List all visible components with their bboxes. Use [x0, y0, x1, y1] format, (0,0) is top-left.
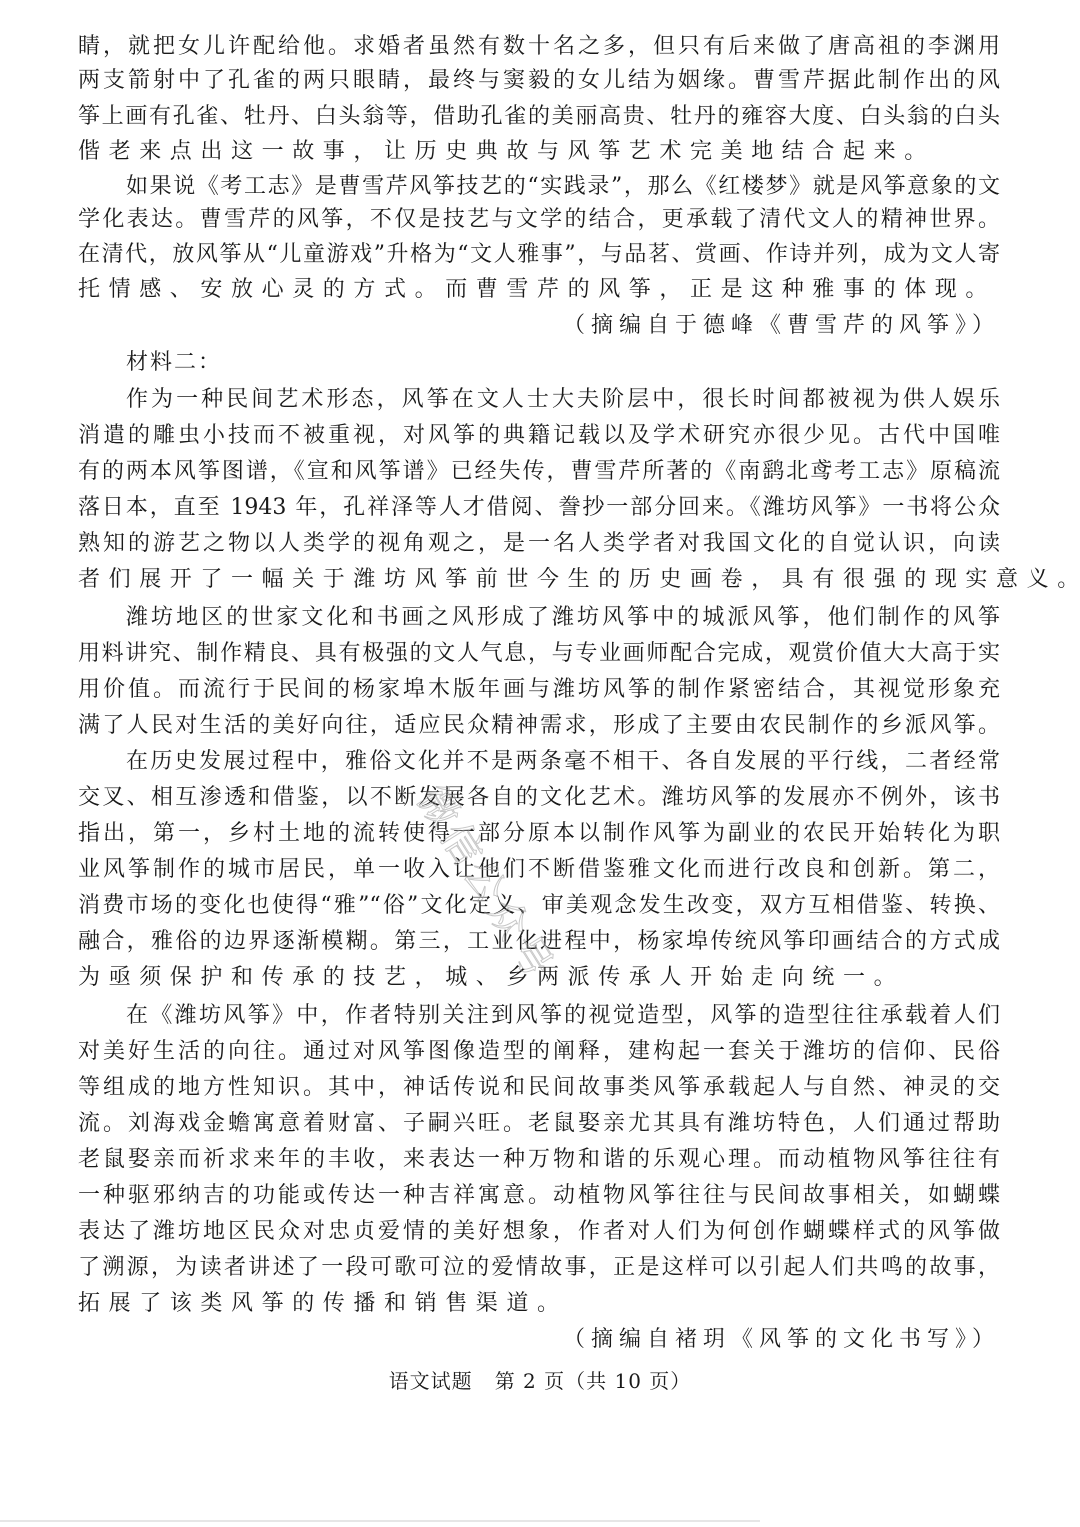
exam-page: 睛，就把女儿许配给他。求婚者虽然有数十名之多，但只有后来做了唐高祖的李渊用 两支… — [0, 0, 1080, 1527]
text-line: 偕老来点出这一故事，让历史典故与风筝艺术完美地结合起来。 — [78, 134, 1000, 170]
text-line: 用料讲究、制作精良、具有极强的文人气息，与专业画师配合完成，观赏价值大大高于实 — [78, 636, 1000, 672]
text-line: 学化表达。曹雪芹的风筝，不仅是技艺与文学的结合，更承载了清代文人的精神世界。 — [78, 202, 1000, 238]
text-line: 有的两本风筝图谱，《宣和风筝谱》已经失传，曹雪芹所著的《南鹞北鸢考工志》原稿流 — [78, 454, 1000, 490]
text-line: 消遣的雕虫小技而不被重视，对风筝的典籍记载以及学术研究亦很少见。古代中国唯 — [78, 418, 1000, 454]
text-line: 等组成的地方性知识。其中，神话传说和民间故事类风筝承载起人与自然、神灵的交 — [78, 1070, 1000, 1106]
text-line: 在《潍坊风筝》中，作者特别关注到风筝的视觉造型，风筝的造型往往承载着人们 — [126, 998, 1000, 1034]
text-line: 指出，第一，乡村土地的流转使得一部分原本以制作风筝为副业的农民开始转化为职 — [78, 816, 1000, 852]
text-line: 潍坊地区的世家文化和书画之风形成了潍坊风筝中的城派风筝，他们制作的风筝 — [126, 600, 1000, 636]
text-line: 在清代，放风筝从“儿童游戏”升格为“文人雅事”，与品茗、赏画、作诗并列，成为文人… — [78, 237, 1000, 273]
text-line: 一种驱邪纳吉的功能或传达一种吉祥寓意。动植物风筝往往与民间故事相关，如蝴蝶 — [78, 1178, 1000, 1214]
text-line: 用价值。而流行于民间的杨家埠木版年画与潍坊风筝的制作紧密结合，其视觉形象充 — [78, 672, 1000, 708]
text-line: 熟知的游艺之物以人类学的视角观之，是一名人类学者对我国文化的自觉认识，向读 — [78, 526, 1000, 562]
footer-page-info: 第 2 页（共 10 页） — [495, 1369, 692, 1393]
text-line: 落日本，直至 1943 年，孔祥泽等人才借阅、誊抄一部分回来。《潍坊风筝》一书将… — [78, 490, 1000, 526]
text-line: 拓展了该类风筝的传播和销售渠道。 — [78, 1286, 1000, 1322]
text-line: 业风筝制作的城市居民，单一收入让他们不断借鉴雅文化而进行改良和创新。第二， — [78, 852, 1000, 888]
text-line: 作为一种民间艺术形态，风筝在文人士大夫阶层中，很长时间都被视为供人娱乐 — [126, 382, 1000, 418]
text-line: 睛，就把女儿许配给他。求婚者虽然有数十名之多，但只有后来做了唐高祖的李渊用 — [78, 29, 1000, 65]
section-heading: 材料二： — [126, 345, 222, 381]
text-line: 表达了潍坊地区民众对忠贞爱情的美好想象，作者对人们为何创作蝴蝶样式的风筝做 — [78, 1214, 1000, 1250]
text-line: 如果说《考工志》是曹雪芹风筝技艺的“实践录”，那么《红楼梦》就是风筝意象的文 — [126, 169, 1000, 205]
text-line: 在历史发展过程中，雅俗文化并不是两条毫不相干、各自发展的平行线，二者经常 — [126, 744, 1000, 780]
page-footer: 语文试题第 2 页（共 10 页） — [0, 1366, 1080, 1396]
scan-edge-rule — [0, 1520, 760, 1522]
text-line: 老鼠娶亲而祈求来年的丰收，来表达一种万物和谐的乐观心理。而动植物风筝往往有 — [78, 1142, 1000, 1178]
text-line: 两支箭射中了孔雀的两只眼睛，最终与窦毅的女儿结为姻缘。曹雪芹据此制作出的风 — [78, 63, 1000, 99]
text-line: 流。刘海戏金蟾寓意着财富、子嗣兴旺。老鼠娶亲尤其具有潍坊特色，人们通过帮助 — [78, 1106, 1000, 1142]
text-line: 交叉、相互渗透和借鉴，以不断发展各自的文化艺术。潍坊风筝的发展亦不例外，该书 — [78, 780, 1000, 816]
source-citation: （摘编自褚玥《风筝的文化书写》） — [563, 1322, 1000, 1358]
text-line: 筝上画有孔雀、牡丹、白头翁等，借助孔雀的美丽高贵、牡丹的雍容大度、白头翁的白头 — [78, 99, 1000, 135]
text-line: 了溯源，为读者讲述了一段可歌可泣的爱情故事，正是这样可以引起人们共鸣的故事， — [78, 1250, 1000, 1286]
text-line: 对美好生活的向往。通过对风筝图像造型的阐释，建构起一套关于潍坊的信仰、民俗 — [78, 1034, 1000, 1070]
text-line: 者们展开了一幅关于潍坊风筝前世今生的历史画卷，具有很强的现实意义。 — [78, 562, 1000, 598]
text-line: 满了人民对生活的美好向往，适应民众精神需求，形成了主要由农民制作的乡派风筝。 — [78, 708, 1000, 744]
footer-subject: 语文试题 — [389, 1369, 473, 1393]
text-line: 托情感、安放心灵的方式。而曹雪芹的风筝，正是这种雅事的体现。 — [78, 272, 1000, 308]
source-citation: （摘编自于德峰《曹雪芹的风筝》） — [563, 308, 1000, 344]
